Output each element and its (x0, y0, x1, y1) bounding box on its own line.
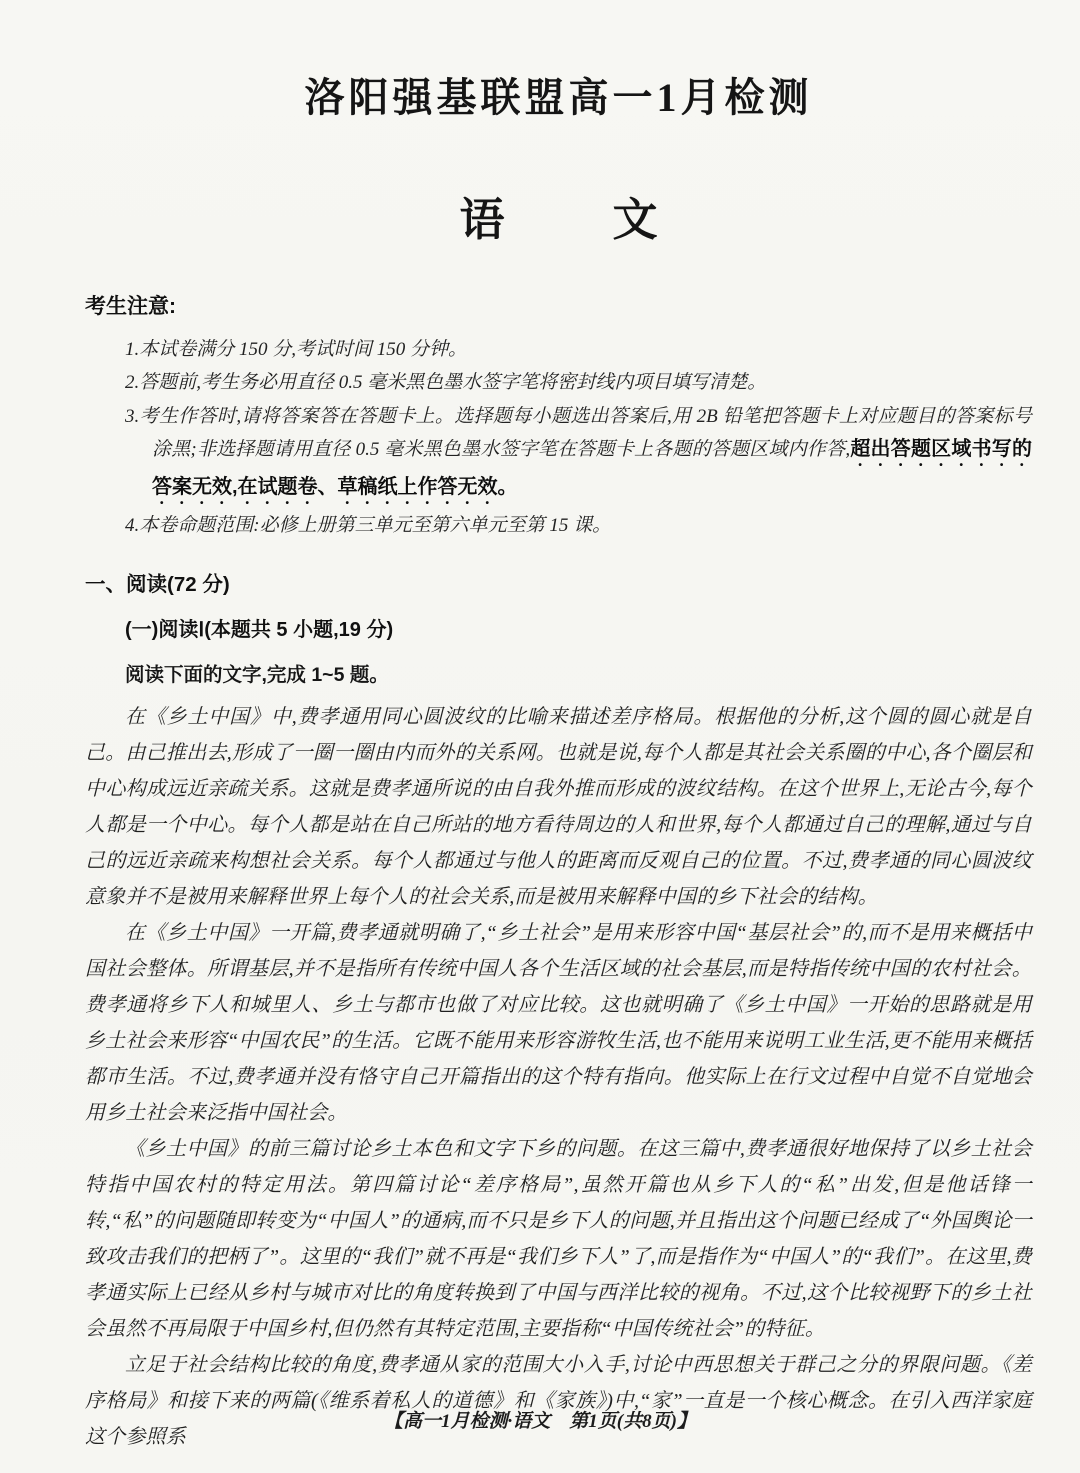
passage-paragraph-3: 《乡土中国》的前三篇讨论乡土本色和文字下乡的问题。在这三篇中,费孝通很好地保持了… (85, 1131, 1032, 1347)
reading-instruction: 阅读下面的文字,完成 1~5 题。 (125, 659, 1032, 687)
notice-item-1: 1.本试卷满分 150 分,考试时间 150 分钟。 (85, 333, 1032, 367)
exam-page: 洛阳强基联盟高一1月检测 语文 考生注意: 1.本试卷满分 150 分,考试时间… (0, 0, 1080, 1473)
passage-paragraph-4: 立足于社会结构比较的角度,费孝通从家的范围大小入手,讨论中西思想关于群己之分的界… (85, 1347, 1032, 1455)
notice-heading: 考生注意: (85, 290, 1032, 324)
subsection-heading-reading-1: (一)阅读Ⅰ(本题共 5 小题,19 分) (125, 613, 1032, 642)
page-footer: 【高一1月检测·语文 第1页(共8页)】 (0, 1406, 1080, 1433)
notice-item-3: 3.考生作答时,请将答案答在答题卡上。选择题每小题选出答案后,用 2B 铅笔把答… (85, 400, 1032, 510)
passage-paragraph-1: 在《乡土中国》中,费孝通用同心圆波纹的比喻来描述差序格局。根据他的分析,这个圆的… (85, 699, 1032, 915)
exam-title: 洛阳强基联盟高一1月检测 (85, 66, 1032, 123)
subject-title: 语文 (85, 183, 1032, 248)
notice-item-4: 4.本卷命题范围:必修上册第三单元至第六单元至第 15 课。 (85, 509, 1032, 543)
candidate-notice-section: 考生注意: 1.本试卷满分 150 分,考试时间 150 分钟。 2.答题前,考… (85, 290, 1032, 543)
notice-item-2: 2.答题前,考生务必用直径 0.5 毫米黑色墨水签字笔将密封线内项目填写清楚。 (85, 366, 1032, 400)
reading-passage: 在《乡土中国》中,费孝通用同心圆波纹的比喻来描述差序格局。根据他的分析,这个圆的… (85, 699, 1032, 1455)
section-heading-reading: 一、阅读(72 分) (85, 567, 1032, 597)
passage-paragraph-2: 在《乡土中国》一开篇,费孝通就明确了,“乡土社会”是用来形容中国“基层社会”的,… (85, 915, 1032, 1131)
